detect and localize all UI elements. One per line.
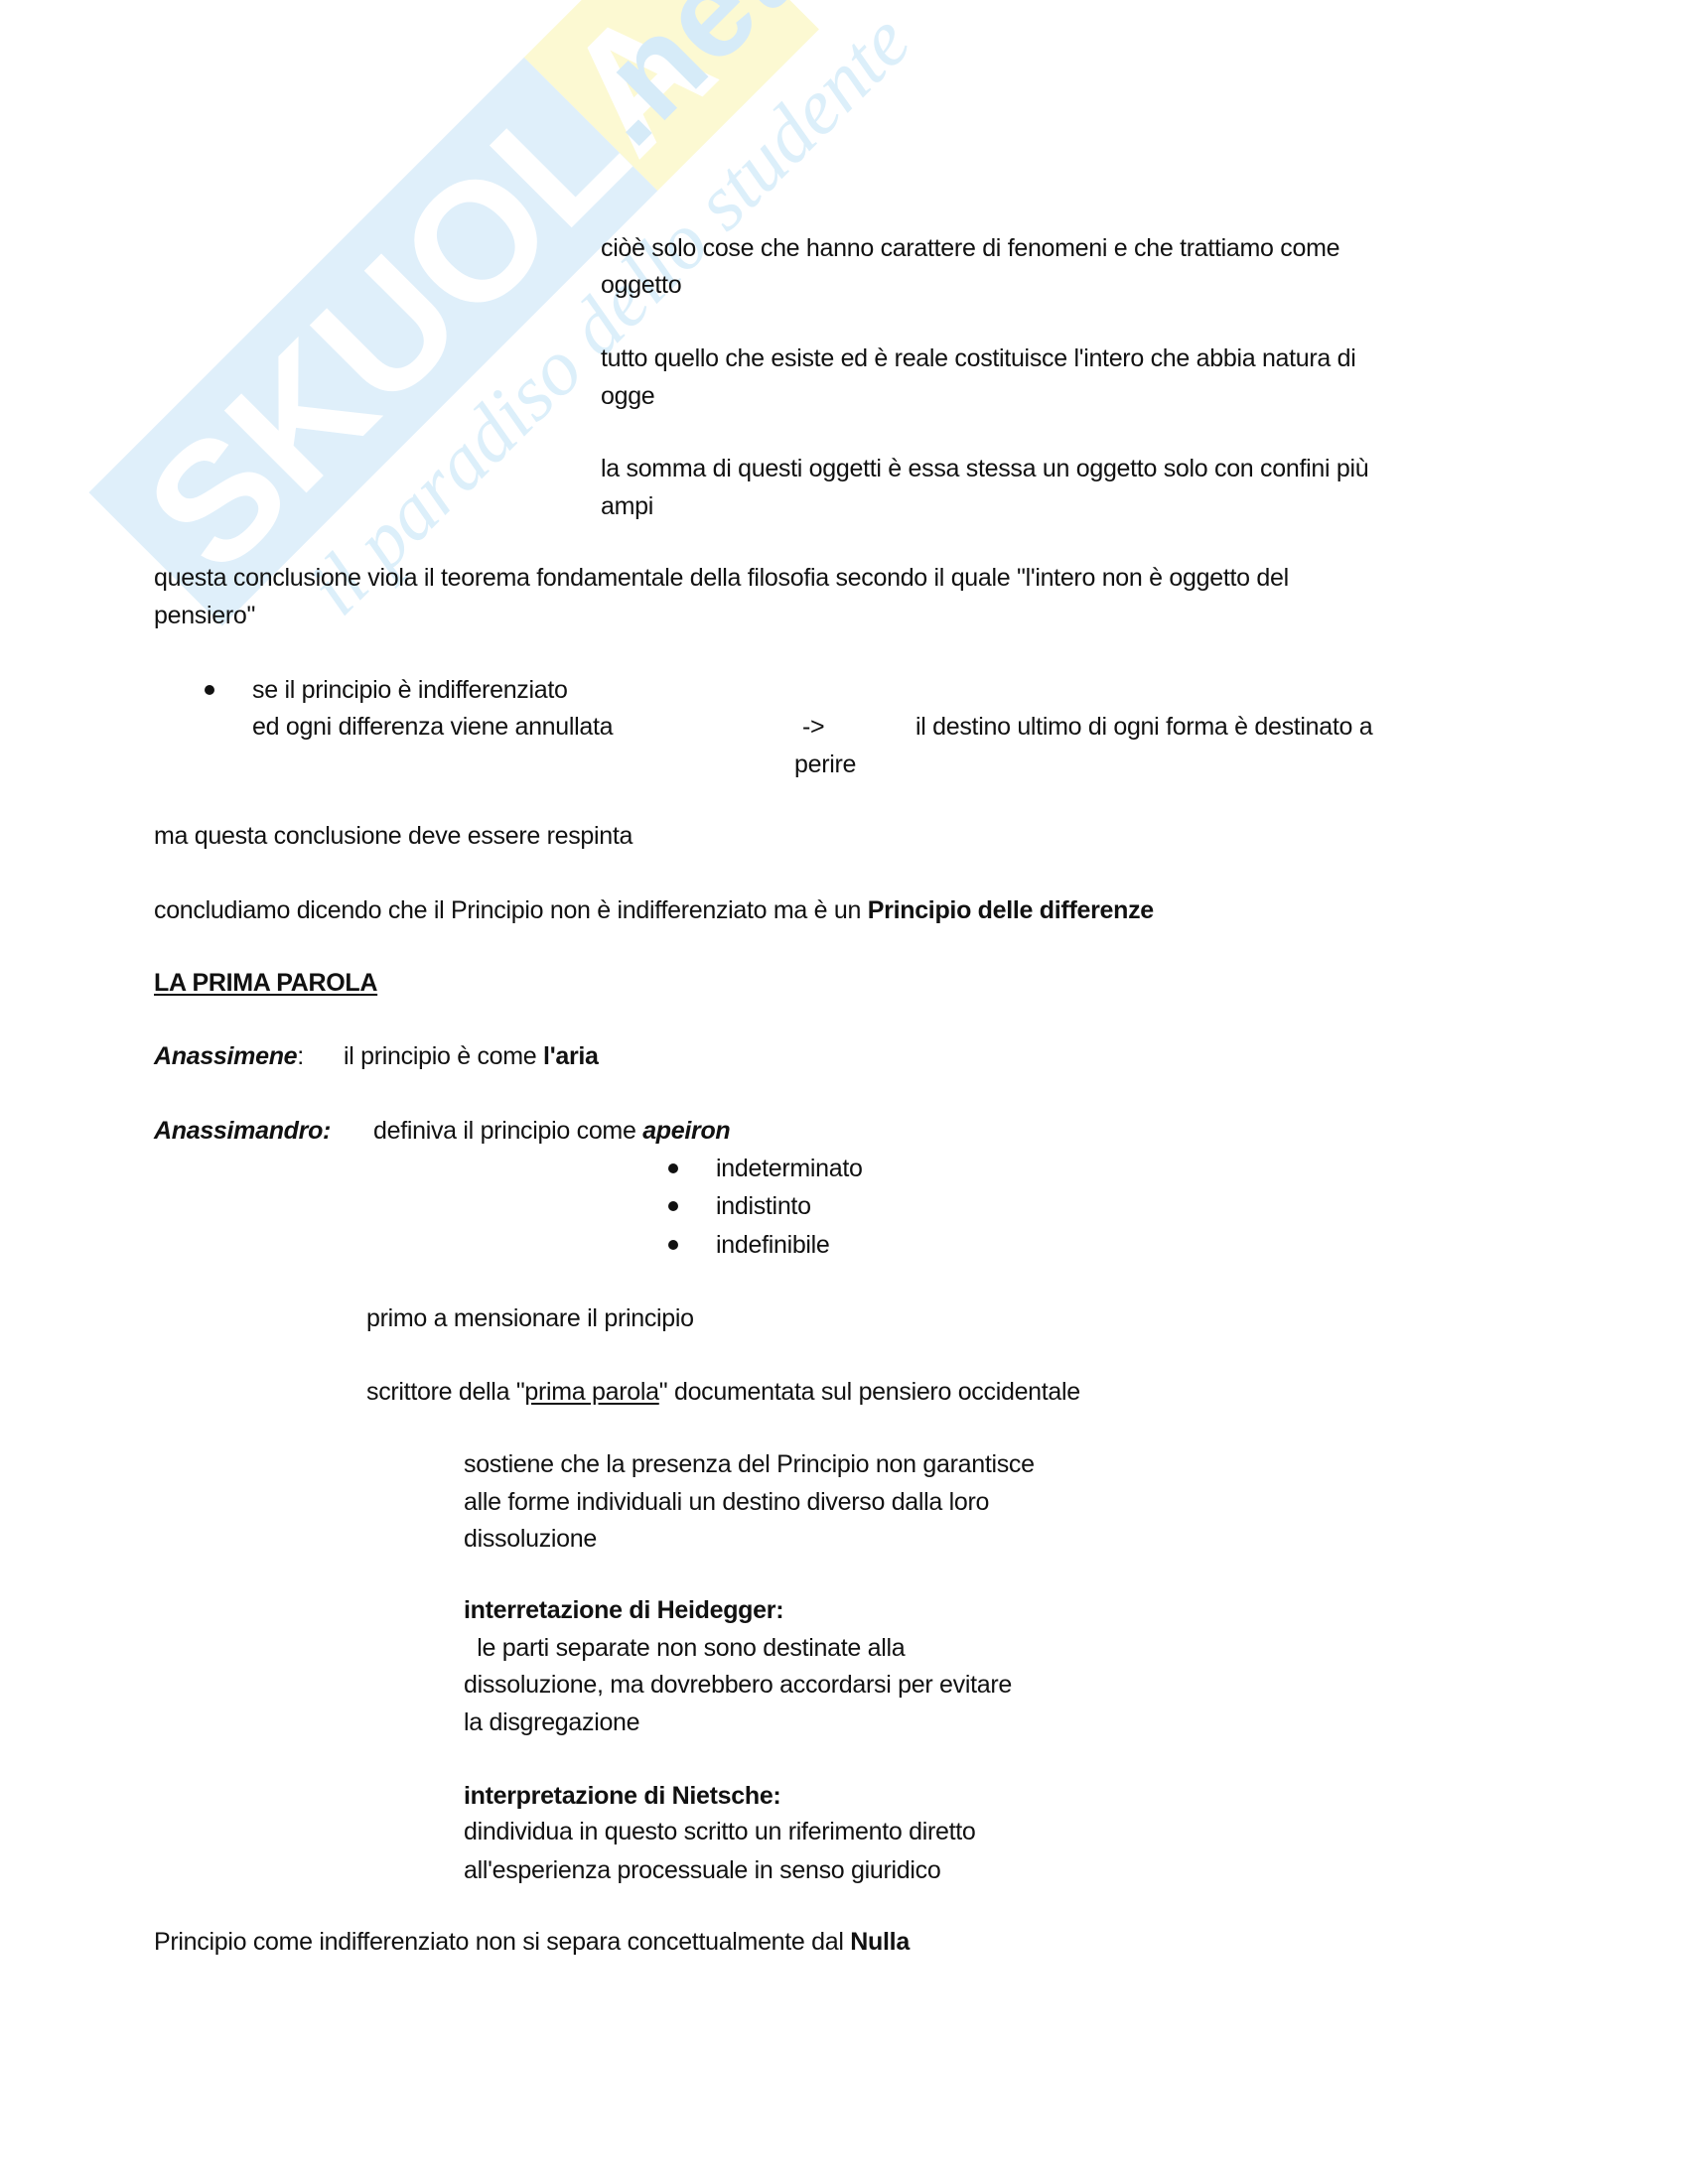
conclusion-bold: Principio delle differenze — [868, 896, 1154, 924]
nietzsche-line: all'esperienza processuale in senso giur… — [464, 1851, 940, 1889]
intro-line: la somma di questi oggetti è essa stessa… — [601, 450, 1368, 487]
conclusion-text: concludiamo dicendo che il Principio non… — [154, 891, 1154, 929]
violation-paragraph: pensiero" — [154, 597, 255, 634]
violation-paragraph: questa conclusione viola il teorema fond… — [154, 559, 1289, 597]
section-title: LA PRIMA PAROLA — [154, 964, 377, 1002]
colon: : — [297, 1042, 304, 1070]
document-page: ciòè solo cose che hanno carattere di fe… — [0, 0, 1688, 2184]
intro-line: ciòè solo cose che hanno carattere di fe… — [601, 229, 1339, 267]
bullet-consequence: perire — [794, 746, 856, 783]
final-statement: Principio come indifferenziato non si se… — [154, 1923, 910, 1961]
bullet-icon — [668, 1163, 678, 1173]
bullet-icon — [668, 1201, 678, 1211]
note-text: scrittore della " — [366, 1378, 524, 1406]
quality-item: indeterminato — [716, 1150, 863, 1187]
bullet-icon — [668, 1240, 678, 1250]
bullet-text: ed ogni differenza viene annullata — [252, 708, 613, 746]
arrow-icon: -> — [802, 708, 824, 746]
nulla-bold: Nulla — [850, 1928, 910, 1956]
heidegger-line: la disgregazione — [464, 1704, 639, 1741]
note-line: scrittore della "prima parola" documenta… — [366, 1373, 1080, 1411]
conclusion-text-plain: concludiamo dicendo che il Principio non… — [154, 896, 868, 924]
quality-item: indefinibile — [716, 1226, 830, 1264]
philosopher-name: Anassimene — [154, 1042, 297, 1070]
bullet-icon — [205, 685, 214, 695]
description-text: il principio è come — [344, 1042, 543, 1070]
nietzsche-line: dindividua in questo scritto un riferime… — [464, 1813, 976, 1850]
description-text: definiva il principio come — [373, 1117, 642, 1145]
intro-line: tutto quello che esiste ed è reale costi… — [601, 340, 1356, 377]
nietzsche-title: interpretazione di Nietsche: — [464, 1777, 780, 1815]
final-text: Principio come indifferenziato non si se… — [154, 1928, 850, 1956]
intro-line: ampi — [601, 487, 653, 525]
prima-parola-underlined: prima parola — [524, 1378, 658, 1406]
claim-line: sostiene che la presenza del Principio n… — [464, 1445, 1035, 1483]
rejection-text: ma questa conclusione deve essere respin… — [154, 817, 633, 855]
note-line: primo a mensionare il principio — [366, 1299, 694, 1337]
description-bold: l'aria — [543, 1042, 599, 1070]
bullet-text: se il principio è indifferenziato — [252, 671, 568, 709]
heidegger-line: le parti separate non sono destinate all… — [464, 1629, 905, 1667]
claim-line: dissoluzione — [464, 1520, 597, 1558]
bullet-consequence: il destino ultimo di ogni forma è destin… — [915, 708, 1372, 746]
apeiron-term: apeiron — [642, 1117, 730, 1145]
anassimene-line: Anassimene: — [154, 1037, 304, 1075]
intro-line: oggetto — [601, 266, 681, 304]
heidegger-line: dissoluzione, ma dovrebbero accordarsi p… — [464, 1666, 1012, 1704]
note-text: " documentata sul pensiero occidentale — [659, 1378, 1080, 1406]
philosopher-name: Anassimandro: — [154, 1112, 331, 1150]
anassimene-description: il principio è come l'aria — [344, 1037, 599, 1075]
claim-line: alle forme individuali un destino divers… — [464, 1483, 989, 1521]
quality-item: indistinto — [716, 1187, 811, 1225]
heidegger-title: interretazione di Heidegger: — [464, 1591, 783, 1629]
anassimandro-description: definiva il principio come apeiron — [373, 1112, 730, 1150]
intro-line: ogge — [601, 377, 654, 415]
